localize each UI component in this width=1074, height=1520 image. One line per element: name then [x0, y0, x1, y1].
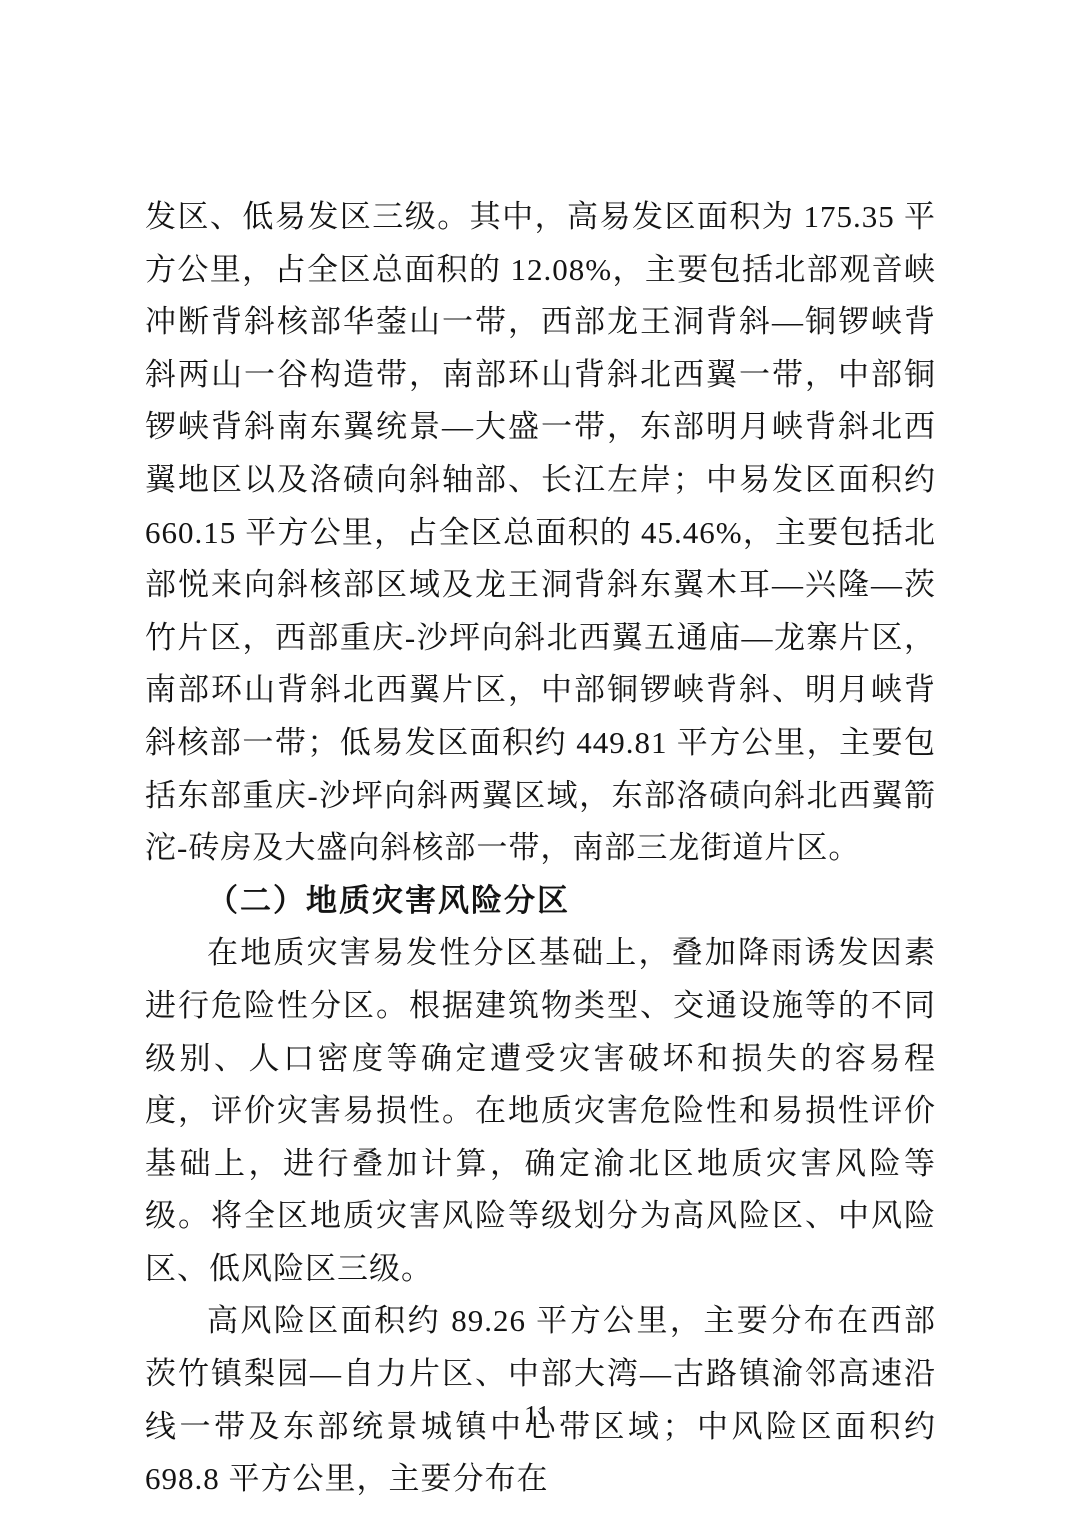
section-heading-risk-zoning: （二）地质灾害风险分区: [145, 875, 936, 928]
page-footer: 11: [0, 1398, 1074, 1432]
page-number: 11: [524, 1398, 550, 1432]
body-paragraph-susceptibility-zones: 发区、低易发区三级。其中，高易发区面积为 175.35 平方公里，占全区总面积的…: [145, 191, 936, 875]
document-page: 发区、低易发区三级。其中，高易发区面积为 175.35 平方公里，占全区总面积的…: [0, 0, 1074, 1520]
body-paragraph-risk-zoning-method: 在地质灾害易发性分区基础上，叠加降雨诱发因素进行危险性分区。根据建筑物类型、交通…: [145, 927, 936, 1295]
document-body: 发区、低易发区三级。其中，高易发区面积为 175.35 平方公里，占全区总面积的…: [145, 191, 936, 1506]
